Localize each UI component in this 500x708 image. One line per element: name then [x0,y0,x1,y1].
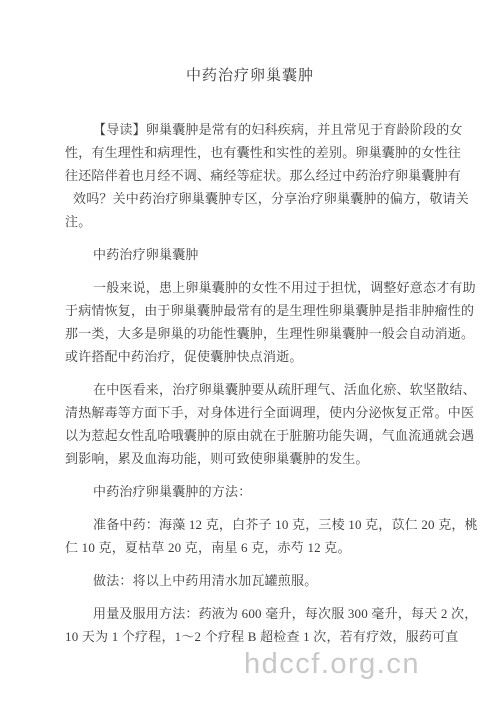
paragraph-preparation: 做法：将以上中药用清水加瓦罐煎服。 [65,569,437,592]
paragraph-tcm-view: 在中医看来，治疗卵巢囊肿要从疏肝理气、活血化瘀、软坚散结、 清热解毒等方面下手，… [65,378,437,470]
section-heading-method: 中药治疗卵巢囊肿的方法： [65,480,437,503]
text-line: 【导读】卵巢囊肿是常有的妇科疾病，并且常见于育龄阶段的女 [65,118,437,141]
text-line: 往还陪伴着也月经不调、痛经等症状。那么经过中药治疗卵巢囊肿有 [65,164,437,187]
text-line: 中药治疗卵巢囊肿 [65,243,437,266]
text-line: 性，有生理性和病理性，也有囊性和实性的差别。卵巢囊肿的女性往 [65,141,437,164]
text-line: 10 天为 1 个疗程，1～2 个疗程 B 超检查 1 次，若有疗效，服药可直 [65,625,437,648]
watermark: hdccf.org.cn [244,648,420,681]
text-line: 仁 10 克，夏枯草 20 克，南星 6 克，赤芍 12 克。 [65,536,437,559]
text-line: 中药治疗卵巢囊肿的方法： [65,480,437,503]
paragraph-herbs: 准备中药：海藻 12 克，白芥子 10 克，三棱 10 克，苡仁 20 克，桃 … [65,513,437,559]
text-line: 注。 [65,210,437,233]
paragraph-general: 一般来说，患上卵巢囊肿的女性不用过于担忧，调整好意态才有助 于病情恢复，由于卵巢… [65,276,437,368]
text-line: 准备中药：海藻 12 克，白芥子 10 克，三棱 10 克，苡仁 20 克，桃 [65,513,437,536]
text-line: 或许搭配中药治疗，促使囊肿快点消逝。 [65,345,437,368]
paragraph-dosage: 用量及服用方法：药液为 600 毫升，每次服 300 毫升，每天 2 次， 10… [65,602,437,648]
section-heading: 中药治疗卵巢囊肿 [65,243,437,266]
text-line: 做法：将以上中药用清水加瓦罐煎服。 [65,569,437,592]
text-line: 一般来说，患上卵巢囊肿的女性不用过于担忧，调整好意态才有助 [65,276,437,299]
text-line: 于病情恢复，由于卵巢囊肿最常有的是生理性卵巢囊肿是指非肿瘤性的 [65,299,437,322]
text-line: 那一类，大多是卵巢的功能性囊肿，生理性卵巢囊肿一般会自动消逝。 [65,322,437,345]
document-page: 中药治疗卵巢囊肿 【导读】卵巢囊肿是常有的妇科疾病，并且常见于育龄阶段的女 性，… [0,0,500,708]
text-line: 用量及服用方法：药液为 600 毫升，每次服 300 毫升，每天 2 次， [65,602,437,625]
text-line: 以为惹起女性乱哈哦囊肿的原由就在于脏腑功能失调，气血流通就会遇 [65,424,437,447]
text-line: 清热解毒等方面下手，对身体进行全面调理，使内分泌恢复正常。中医 [65,401,437,424]
text-line: 到影响，累及血海功能，则可致使卵巢囊肿的发生。 [65,447,437,470]
text-line: 效吗？关中药治疗卵巢囊肿专区，分享治疗卵巢囊肿的偏方，敬请关 [65,187,437,210]
text-line: 在中医看来，治疗卵巢囊肿要从疏肝理气、活血化瘀、软坚散结、 [65,378,437,401]
paragraph-intro: 【导读】卵巢囊肿是常有的妇科疾病，并且常见于育龄阶段的女 性，有生理性和病理性，… [65,118,437,233]
document-body: 【导读】卵巢囊肿是常有的妇科疾病，并且常见于育龄阶段的女 性，有生理性和病理性，… [65,118,437,658]
document-title: 中药治疗卵巢囊肿 [0,64,500,85]
